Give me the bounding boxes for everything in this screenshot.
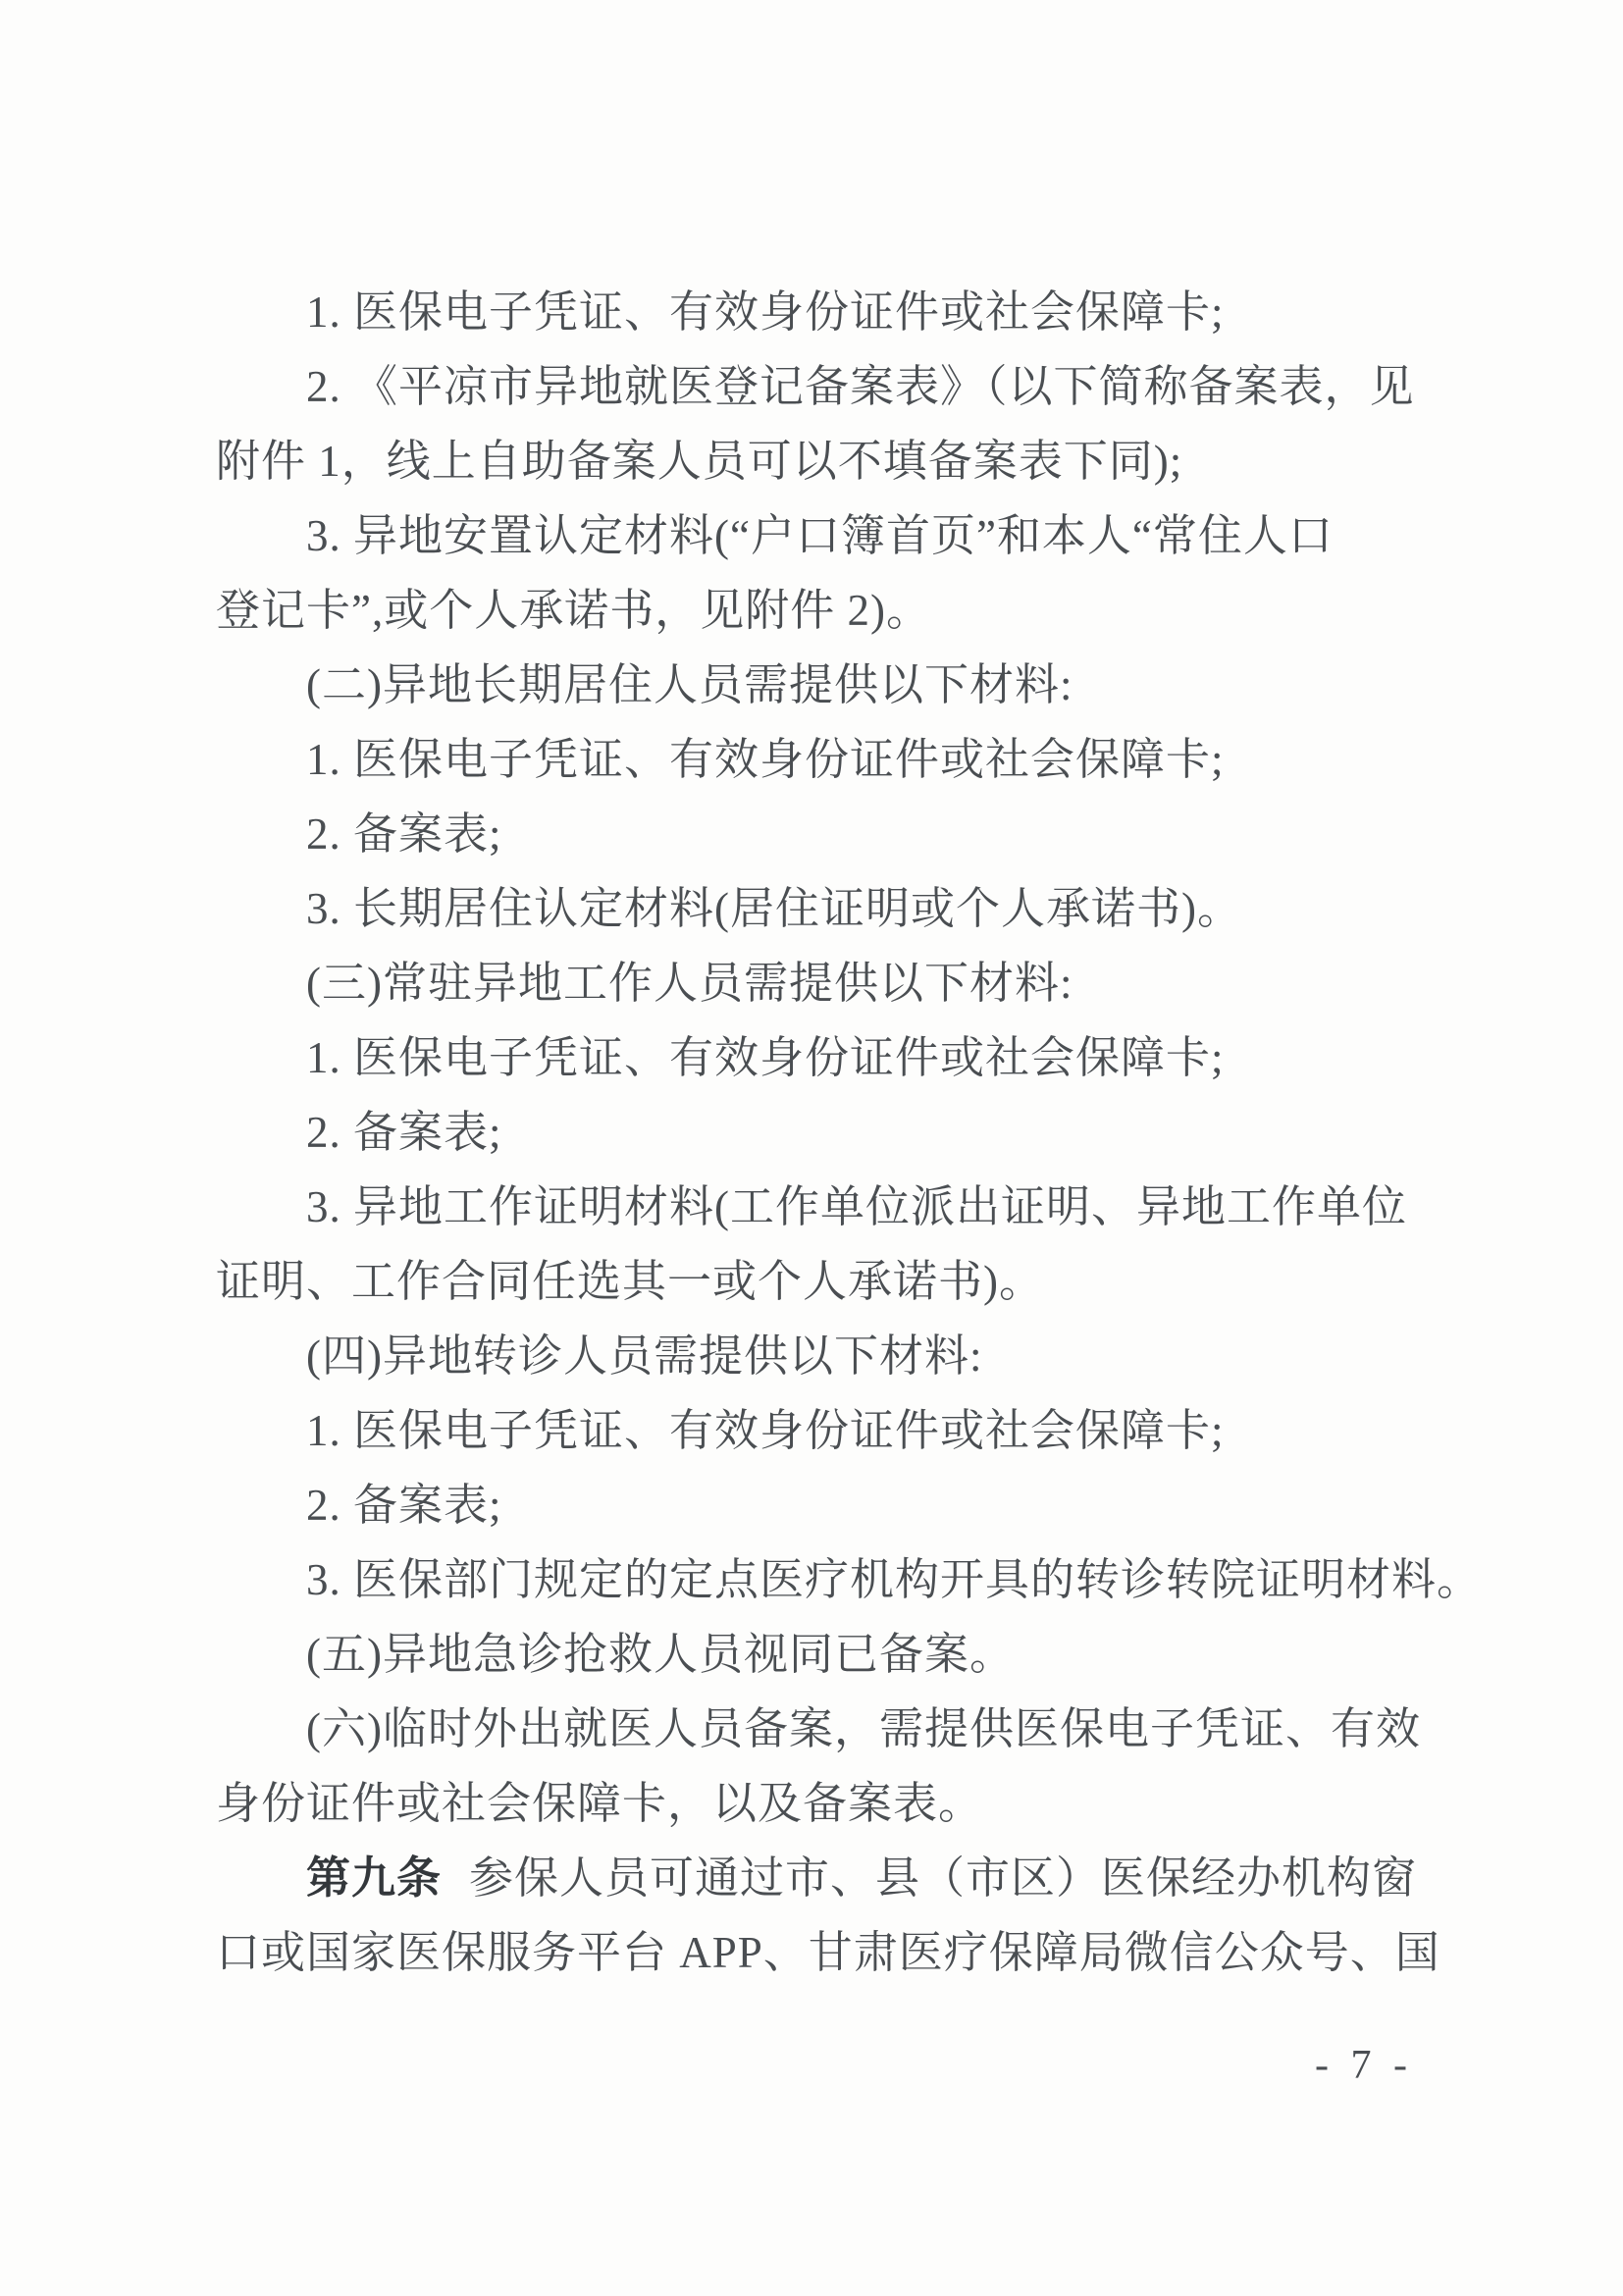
line-text: 2. 备案表; [306,809,502,859]
document-line: 2. 备案表; [216,797,1437,871]
document-line: 1. 医保电子凭证、有效身份证件或社会保障卡; [216,275,1437,349]
document-line: 3. 异地工作证明材料(工作单位派出证明、异地工作单位 [216,1170,1437,1244]
line-text: 1. 医保电子凭证、有效身份证件或社会保障卡; [306,287,1225,337]
line-text: 3. 医保部门规定的定点医疗机构开具的转诊转院证明材料。 [306,1555,1482,1604]
line-text: 2. 备案表; [306,1108,502,1157]
document-line: 3. 长期居住认定材料(居住证明或个人承诺书)。 [216,871,1437,946]
line-text: (四)异地转诊人员需提供以下材料: [306,1331,982,1381]
document-line: (三)常驻异地工作人员需提供以下材料: [216,946,1437,1020]
line-text: 身份证件或社会保障卡，以及备案表。 [216,1779,983,1828]
line-text: 证明、工作合同任选其一或个人承诺书)。 [216,1257,1044,1306]
line-text: 登记卡”,或个人承诺书，见附件 2)。 [216,586,931,635]
line-text: (三)常驻异地工作人员需提供以下材料: [306,959,1073,1008]
document-line: 登记卡”,或个人承诺书，见附件 2)。 [216,573,1437,648]
line-text: 附件 1，线上自助备案人员可以不填备案表下同); [216,437,1182,486]
line-text: 参保人员可通过市、县（市区）医保经办机构窗 [469,1853,1417,1903]
document-line: 2. 备案表; [216,1095,1437,1170]
line-text: (二)异地长期居住人员需提供以下材料: [306,660,1073,709]
article-number: 第九条 [306,1853,442,1903]
line-text: 口或国家医保服务平台 APP、甘肃医疗保障局微信公众号、国 [216,1928,1440,1977]
line-text: 1. 医保电子凭证、有效身份证件或社会保障卡; [306,1033,1225,1082]
document-body: 1. 医保电子凭证、有效身份证件或社会保障卡;2. 《平凉市异地就医登记备案表》… [216,275,1437,1990]
line-text: 2. 《平凉市异地就医登记备案表》（以下简称备案表，见 [306,362,1415,411]
document-line: 第九条参保人员可通过市、县（市区）医保经办机构窗 [216,1841,1437,1915]
line-text: 1. 医保电子凭证、有效身份证件或社会保障卡; [306,1406,1225,1455]
document-line: 口或国家医保服务平台 APP、甘肃医疗保障局微信公众号、国 [216,1915,1437,1990]
line-text: 3. 长期居住认定材料(居住证明或个人承诺书)。 [306,884,1242,933]
document-line: (四)异地转诊人员需提供以下材料: [216,1319,1437,1393]
document-line: 3. 异地安置认定材料(“户口簿首页”和本人“常住人口 [216,498,1437,573]
document-line: 3. 医保部门规定的定点医疗机构开具的转诊转院证明材料。 [216,1542,1437,1617]
document-line: 附件 1，线上自助备案人员可以不填备案表下同); [216,424,1437,498]
document-line: 2. 《平凉市异地就医登记备案表》（以下简称备案表，见 [216,349,1437,424]
document-line: (六)临时外出就医人员备案，需提供医保电子凭证、有效 [216,1692,1437,1766]
document-line: 1. 医保电子凭证、有效身份证件或社会保障卡; [216,722,1437,797]
document-line: (二)异地长期居住人员需提供以下材料: [216,648,1437,722]
document-line: 证明、工作合同任选其一或个人承诺书)。 [216,1244,1437,1319]
page-number: - 7 - [1315,2043,1413,2088]
document-line: 身份证件或社会保障卡，以及备案表。 [216,1766,1437,1841]
line-text: 2. 备案表; [306,1481,502,1530]
document-line: (五)异地急诊抢救人员视同已备案。 [216,1617,1437,1692]
line-text: 3. 异地工作证明材料(工作单位派出证明、异地工作单位 [306,1182,1407,1231]
document-page: 1. 医保电子凭证、有效身份证件或社会保障卡;2. 《平凉市异地就医登记备案表》… [0,0,1623,2296]
line-text: 1. 医保电子凭证、有效身份证件或社会保障卡; [306,735,1225,784]
document-line: 1. 医保电子凭证、有效身份证件或社会保障卡; [216,1020,1437,1095]
line-text: 3. 异地安置认定材料(“户口簿首页”和本人“常住人口 [306,511,1334,560]
document-line: 1. 医保电子凭证、有效身份证件或社会保障卡; [216,1393,1437,1468]
line-text: (五)异地急诊抢救人员视同已备案。 [306,1630,1015,1679]
document-line: 2. 备案表; [216,1468,1437,1542]
line-text: (六)临时外出就医人员备案，需提供医保电子凭证、有效 [306,1704,1421,1753]
